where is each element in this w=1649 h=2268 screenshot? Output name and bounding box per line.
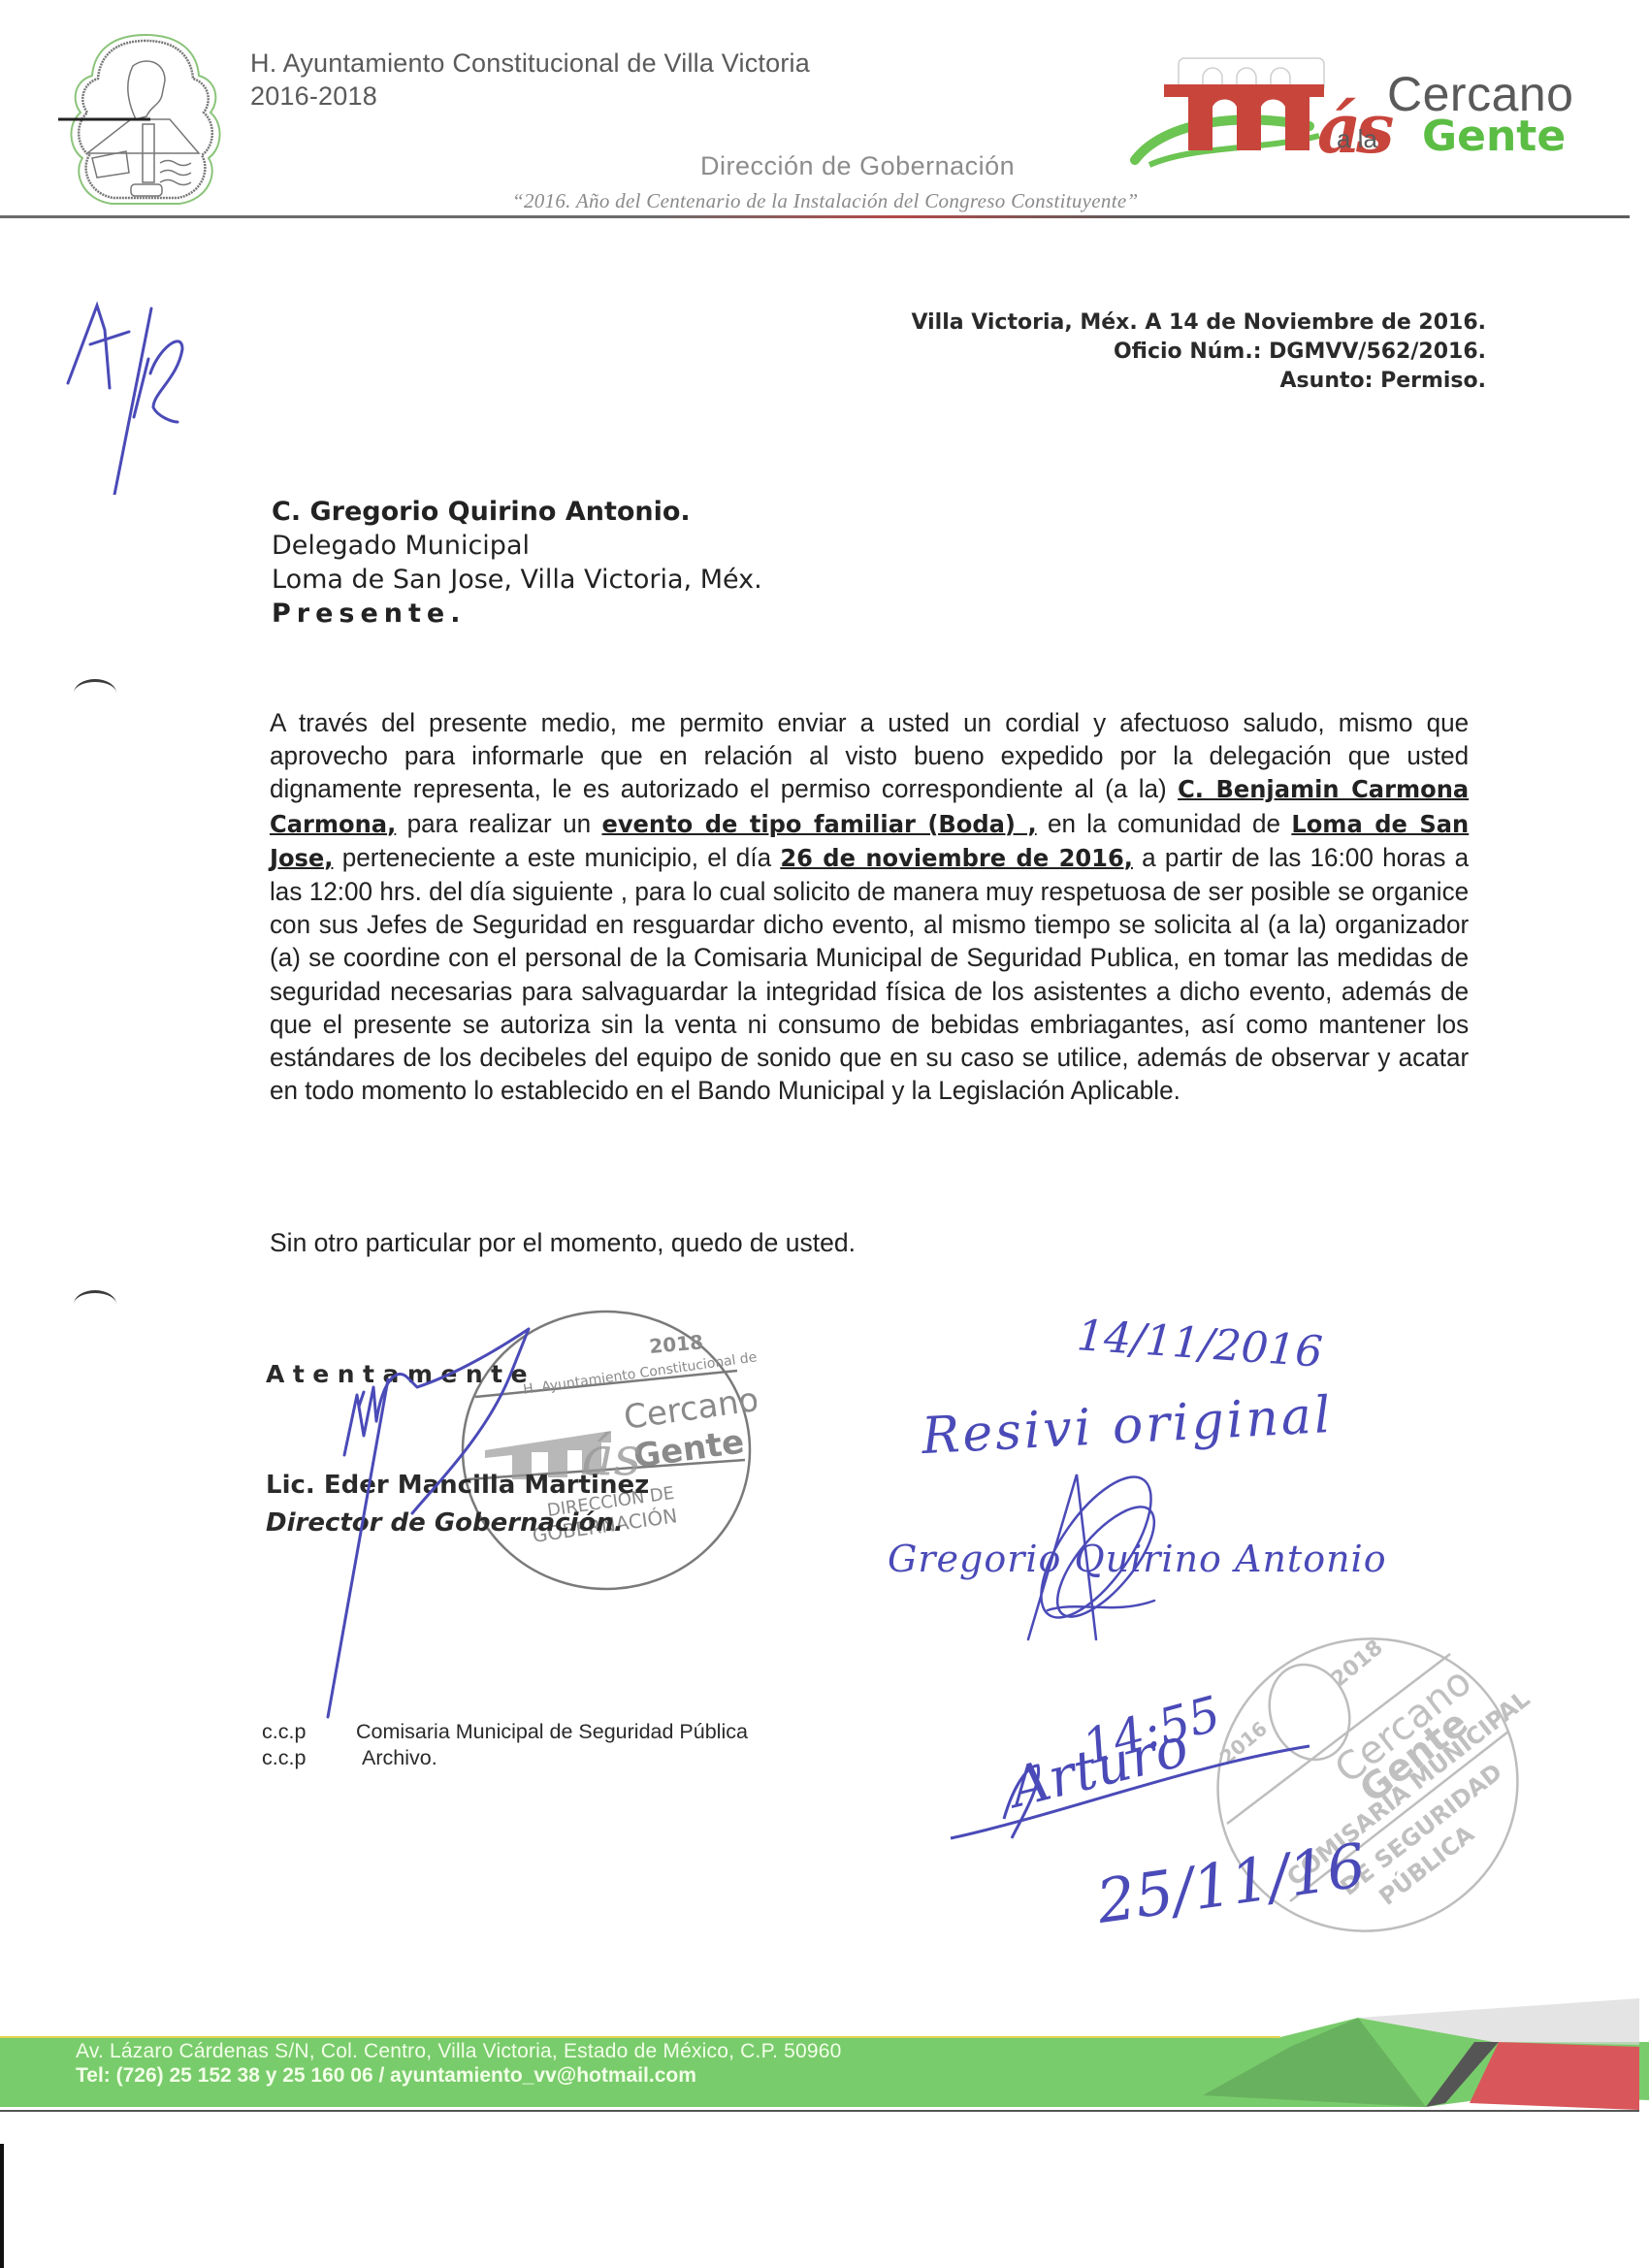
cc-label: c.c.p — [262, 1719, 356, 1745]
header-divider — [0, 215, 1630, 218]
body-text-part: a partir de las 16:00 horas a las 12:00 … — [270, 843, 1469, 1105]
reference-block: Villa Victoria, Méx. A 14 de Noviembre d… — [911, 308, 1486, 396]
subject: Asunto: Permiso. — [911, 367, 1486, 396]
footer-contact: Tel: (726) 25 152 38 y 25 160 06 / ayunt… — [76, 2064, 696, 2088]
addressee-position: Delegado Municipal — [272, 529, 762, 563]
cc-item: c.c.pComisaria Municipal de Seguridad Pú… — [262, 1719, 748, 1745]
org-name-text: H. Ayuntamiento Constitucional de Villa … — [250, 47, 810, 80]
hole-punch-mark — [74, 679, 116, 707]
director-signature — [320, 1319, 727, 1727]
receipt-note-handwritten: Resivi original — [921, 1386, 1335, 1466]
delegate-signature — [989, 1455, 1222, 1649]
department-name: Dirección de Gobernación — [700, 151, 1015, 181]
footer-address: Av. Lázaro Cárdenas S/N, Col. Centro, Vi… — [76, 2040, 842, 2063]
event-type: evento de tipo familiar (Boda) , — [601, 810, 1036, 838]
cc-item: c.c.pArchivo. — [262, 1745, 748, 1771]
body-text-part: en la comunidad de — [1037, 809, 1292, 838]
letter-body: A través del presente medio, me permito … — [270, 706, 1469, 1107]
brand-a-la-text: a la — [1337, 124, 1377, 154]
place-date: Villa Victoria, Méx. A 14 de Noviembre d… — [911, 308, 1486, 338]
addressee-name: C. Gregorio Quirino Antonio. — [272, 495, 762, 529]
closing-line: Sin otro particular por el momento, qued… — [270, 1228, 856, 1258]
cc-recipient: Comisaria Municipal de Seguridad Pública — [356, 1720, 748, 1743]
term-text: 2016-2018 — [250, 80, 810, 113]
addressee-location: Loma de San Jose, Villa Victoria, Méx. — [272, 563, 762, 597]
municipality-name: H. Ayuntamiento Constitucional de Villa … — [250, 47, 810, 113]
brand-gente-text: Gente — [1422, 112, 1566, 161]
scan-edge — [0, 2144, 4, 2268]
body-text-part: para realizar un — [396, 809, 601, 838]
oficio-number: Oficio Núm.: DGMVV/562/2016. — [911, 338, 1486, 367]
hole-punch-mark — [74, 1290, 116, 1318]
handwritten-ar-initials — [37, 272, 192, 495]
cc-recipient: Archivo. — [362, 1746, 437, 1769]
municipal-crest-logo — [53, 27, 238, 211]
year-motto: “2016. Año del Centenario de la Instalac… — [512, 189, 1138, 213]
svg-text:2018: 2018 — [1327, 1636, 1388, 1693]
footer-divider — [0, 2110, 1639, 2112]
cc-label: c.c.p — [262, 1745, 356, 1771]
body-text-part: perteneciente a este municipio, el día — [333, 843, 780, 872]
addressee-greeting: Presente. — [272, 597, 762, 631]
receipt-date-handwritten: 14/11/2016 — [1076, 1311, 1325, 1377]
event-date: 26 de noviembre de 2016, — [780, 844, 1133, 872]
carbon-copy-list: c.c.pComisaria Municipal de Seguridad Pú… — [262, 1719, 748, 1771]
addressee-block: C. Gregorio Quirino Antonio. Delegado Mu… — [272, 495, 762, 631]
